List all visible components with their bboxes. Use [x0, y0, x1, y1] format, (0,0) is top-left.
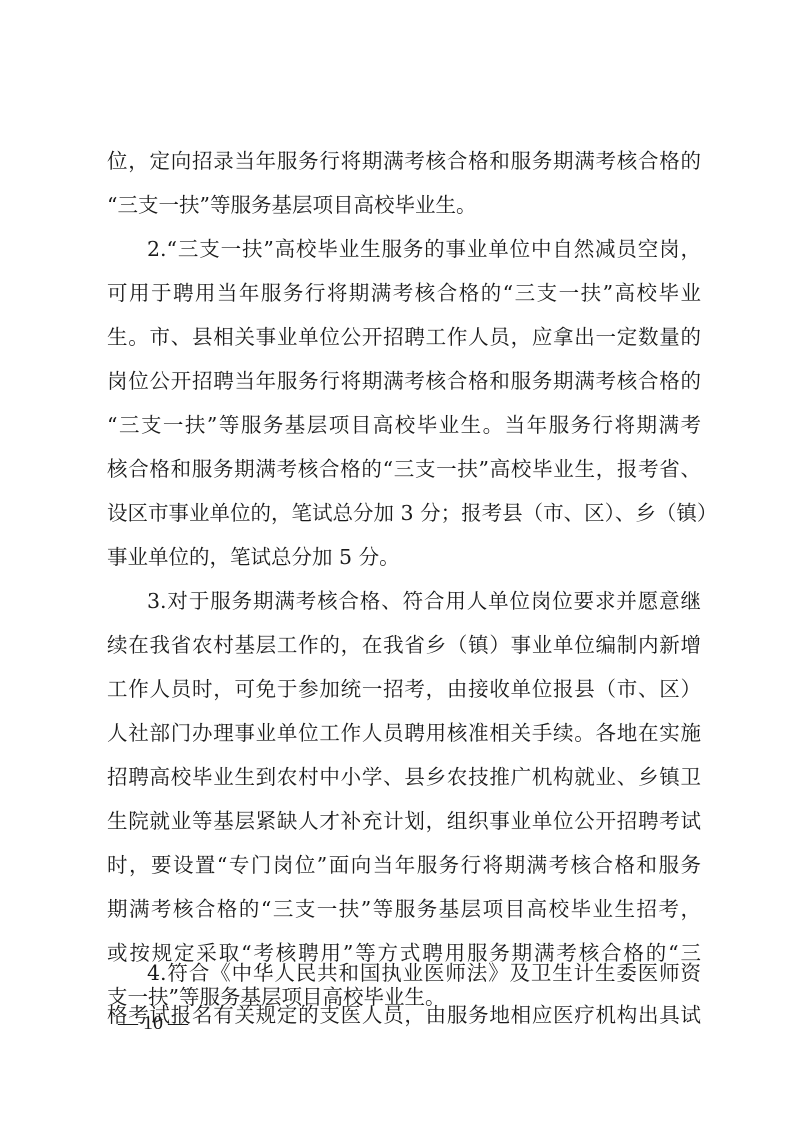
text-line: 2.“三支一扶”高校毕业生服务的事业单位中自然减员空岗， — [147, 234, 701, 264]
text-line: “三支一扶”等服务基层项目高校毕业生。 — [107, 190, 701, 220]
text-line: 3.对于服务期满考核合格、符合用人单位岗位要求并愿意继 — [147, 586, 701, 616]
text-line: “三支一扶”等服务基层项目高校毕业生。当年服务行将期满考 — [107, 410, 701, 440]
text-line: 续在我省农村基层工作的，在我省乡（镇）事业单位编制内新增 — [107, 630, 701, 660]
text-line: 设区市事业单位的，笔试总分加 3 分；报考县（市、区）、乡（镇） — [107, 498, 701, 528]
text-line: 核合格和服务期满考核合格的“三支一扶”高校毕业生，报考省、 — [107, 454, 701, 484]
text-line: 4.符合《中华人民共和国执业医师法》及卫生计生委医师资 — [147, 958, 701, 988]
text-line: 格考试报名有关规定的支医人员，由服务地相应医疗机构出具试 — [107, 1000, 701, 1030]
text-line: 时，要设置“专门岗位”面向当年服务行将期满考核合格和服务 — [107, 850, 701, 880]
text-line: 生院就业等基层紧缺人才补充计划，组织事业单位公开招聘考试 — [107, 806, 701, 836]
text-line: 人社部门办理事业单位工作人员聘用核准相关手续。各地在实施 — [107, 718, 701, 748]
text-line: 期满考核合格的“三支一扶”等服务基层项目高校毕业生招考， — [107, 894, 701, 924]
document-page: 位，定向招录当年服务行将期满考核合格和服务期满考核合格的 “三支一扶”等服务基层… — [0, 0, 793, 1122]
text-line: 事业单位的，笔试总分加 5 分。 — [107, 542, 701, 572]
text-line: 岗位公开招聘当年服务行将期满考核合格和服务期满考核合格的 — [107, 366, 701, 396]
text-line: 工作人员时，可免于参加统一招考，由接收单位报县（市、区） — [107, 674, 701, 704]
text-line: 可用于聘用当年服务行将期满考核合格的“三支一扶”高校毕业 — [107, 278, 701, 308]
text-line: 招聘高校毕业生到农村中小学、县乡农技推广机构就业、乡镇卫 — [107, 762, 701, 792]
page-number: — 10 — — [118, 1008, 188, 1038]
text-line: 生。市、县相关事业单位公开招聘工作人员，应拿出一定数量的 — [107, 322, 701, 352]
text-line: 位，定向招录当年服务行将期满考核合格和服务期满考核合格的 — [107, 146, 701, 176]
